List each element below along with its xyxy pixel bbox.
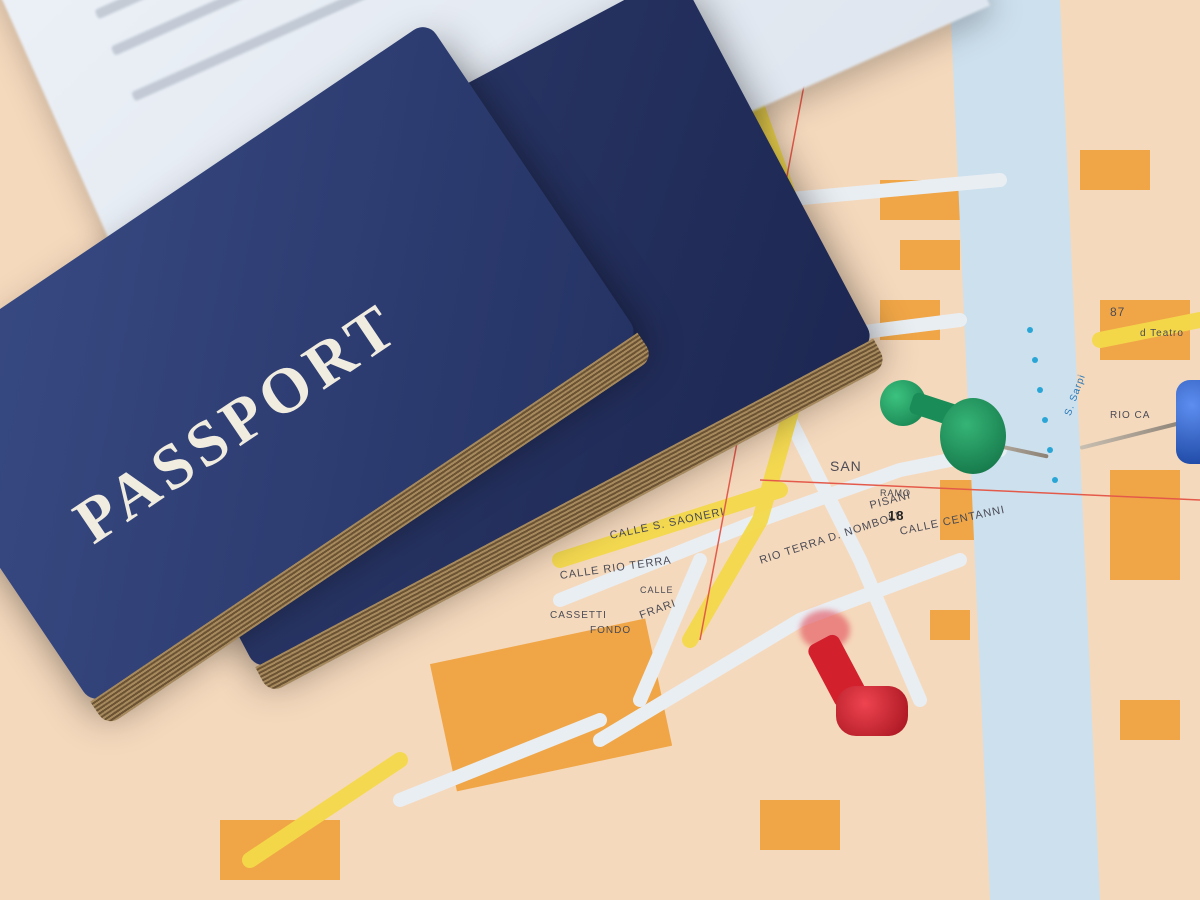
map-label: RAMO [880, 488, 911, 498]
map-label: 87 [1110, 305, 1125, 319]
map-label: SAN [830, 458, 862, 474]
map-label: CALLE [640, 585, 674, 595]
map-label: 18 [888, 508, 904, 523]
map-label: d Teatro [1140, 328, 1184, 339]
map-label: FONDO [590, 625, 631, 636]
map-label: CASSETTI [550, 610, 607, 621]
map-label: RIO CA [1110, 410, 1150, 421]
photo-scene: CALLE S. SAONERI RIO TERRA D. NOMBOLI CA… [0, 0, 1200, 900]
